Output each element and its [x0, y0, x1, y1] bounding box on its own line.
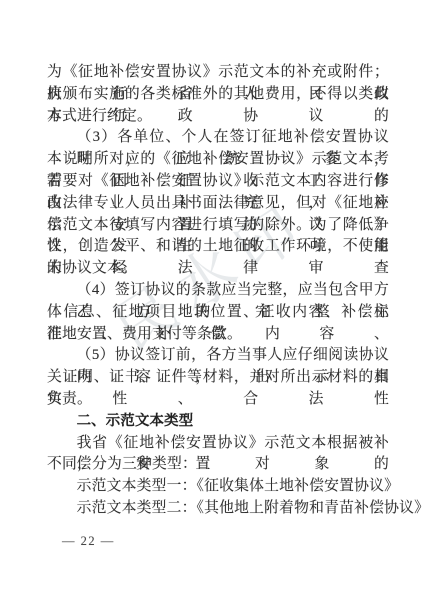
- text-line: 本说明所对应的《征地补偿安置协议》示范文本，若因征收工作: [47, 149, 389, 171]
- text-line: （4）签订协议的条款应当完整，应当包含甲方乙方的完整主: [47, 280, 389, 302]
- text-line: 示范文本类型一：《征收集体土地补偿安置协议》: [47, 476, 389, 498]
- text-line: 为《征地补偿安置协议》示范文本的补充或附件；执行省人民政: [47, 62, 389, 84]
- text-line: （5）协议签订前，各方当事人应仔细阅读协议内容，出示相: [47, 345, 389, 367]
- text-line: 由法律专业人员出具书面法律意见，但对《征地补偿安置协议》: [47, 193, 389, 215]
- text-line: 我省《征地补偿安置协议》示范文本根据被补偿安置对象的: [47, 433, 389, 455]
- text-line: 关证明、证书、证件等材料，并对所出示材料的真实性、合法性: [47, 367, 389, 389]
- text-line: 示范文本类型二：《其他地上附着物和青苗补偿协议》: [47, 498, 389, 520]
- text-line: 性，创造公平、和谐的土地征收工作环境，不使用未经法律审查: [47, 236, 389, 258]
- text-line: 府颁布实施的各类标准外的其他费用，不得以类似本行政协议的: [47, 84, 389, 106]
- page-number: — 22 —: [62, 534, 115, 549]
- text-line: （3）各单位、个人在签订征地补偿安置协议时，应统一参考: [47, 127, 389, 149]
- text-line: 示范文本待填写内容进行填写的除外。为了降低争议发生的可能: [47, 215, 389, 237]
- text-line: 二、示范文本类型: [47, 411, 389, 433]
- text-line: 需要对《征地补偿安置协议》示范文本内容进行修改、补充，应: [47, 171, 389, 193]
- body-text: 为《征地补偿安置协议》示范文本的补充或附件；执行省人民政府颁布实施的各类标准外的…: [47, 62, 389, 520]
- document-page: 民水印 为《征地补偿安置协议》示范文本的补充或附件；执行省人民政府颁布实施的各类…: [0, 0, 424, 600]
- text-line: 体信息、征地项目地块位置、征收内容、补偿标准、补偿内容、: [47, 302, 389, 324]
